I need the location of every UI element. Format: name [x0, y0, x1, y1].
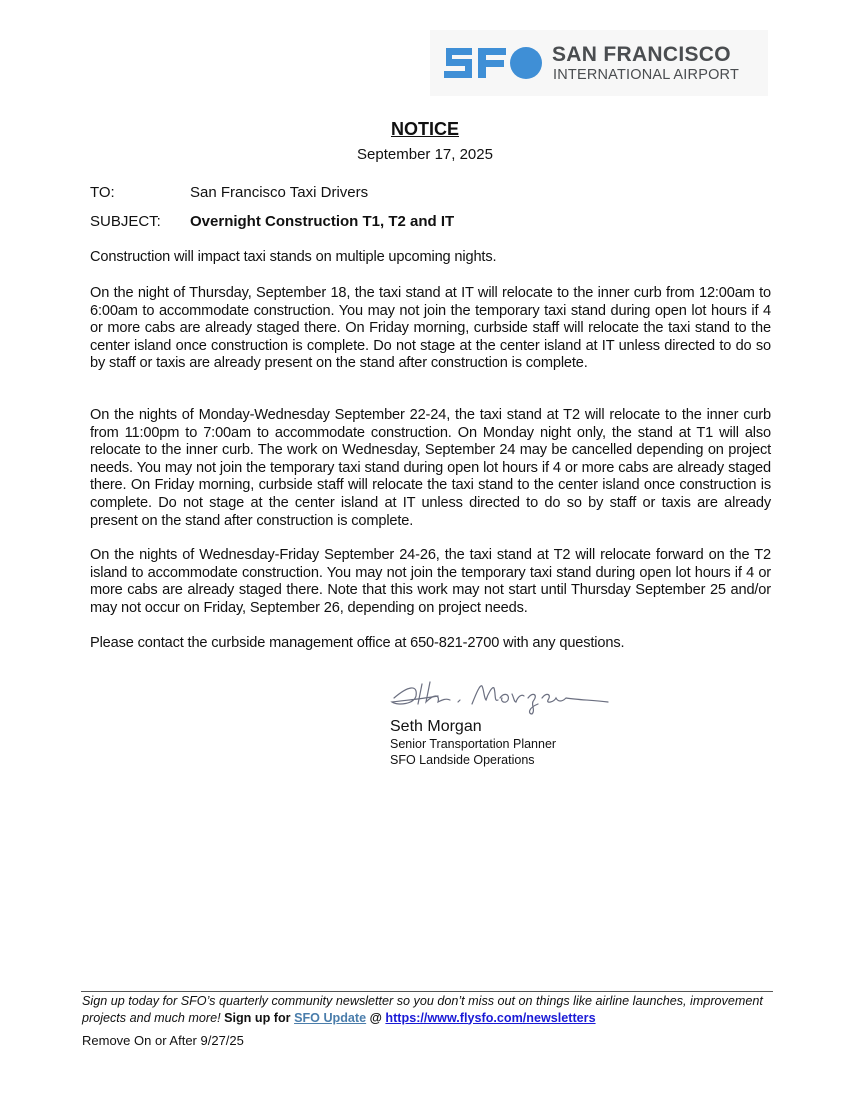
paragraph-contact: Please contact the curbside management o…	[90, 635, 771, 653]
signer-department: SFO Landside Operations	[390, 753, 535, 767]
subject-row: SUBJECT:Overnight Construction T1, T2 an…	[90, 213, 454, 230]
logo-subtitle: INTERNATIONAL AIRPORT	[553, 67, 739, 83]
sfo-update-link[interactable]: SFO Update	[294, 1011, 366, 1025]
signer-name: Seth Morgan	[390, 718, 482, 736]
signature-icon	[388, 676, 613, 716]
notice-title: NOTICE	[0, 119, 850, 140]
sfo-logo-mark-icon	[442, 40, 546, 86]
signer-title: Senior Transportation Planner	[390, 737, 556, 751]
subject-value: Overnight Construction T1, T2 and IT	[190, 213, 454, 230]
paragraph-t2-wed-fri: On the nights of Wednesday-Friday Septem…	[90, 547, 771, 617]
newsletters-url-link[interactable]: https://www.flysfo.com/newsletters	[385, 1011, 595, 1025]
to-row: TO:San Francisco Taxi Drivers	[90, 184, 368, 201]
to-value: San Francisco Taxi Drivers	[190, 184, 368, 201]
paragraph-t2-mon-wed: On the nights of Monday-Wednesday Septem…	[90, 407, 771, 530]
subject-label: SUBJECT:	[90, 213, 190, 230]
sfo-logo: SAN FRANCISCO INTERNATIONAL AIRPORT	[430, 30, 768, 96]
paragraph-it-thursday: On the night of Thursday, September 18, …	[90, 285, 771, 373]
at-sign: @	[370, 1011, 382, 1025]
signup-prefix: Sign up for	[224, 1011, 290, 1025]
footer-divider	[81, 991, 773, 992]
newsletter-footer: Sign up today for SFO’s quarterly commun…	[82, 993, 782, 1026]
notice-date: September 17, 2025	[0, 146, 850, 163]
paragraph-intro: Construction will impact taxi stands on …	[90, 249, 771, 267]
remove-date-note: Remove On or After 9/27/25	[82, 1033, 244, 1048]
logo-name: SAN FRANCISCO	[552, 43, 731, 67]
to-label: TO:	[90, 184, 190, 201]
